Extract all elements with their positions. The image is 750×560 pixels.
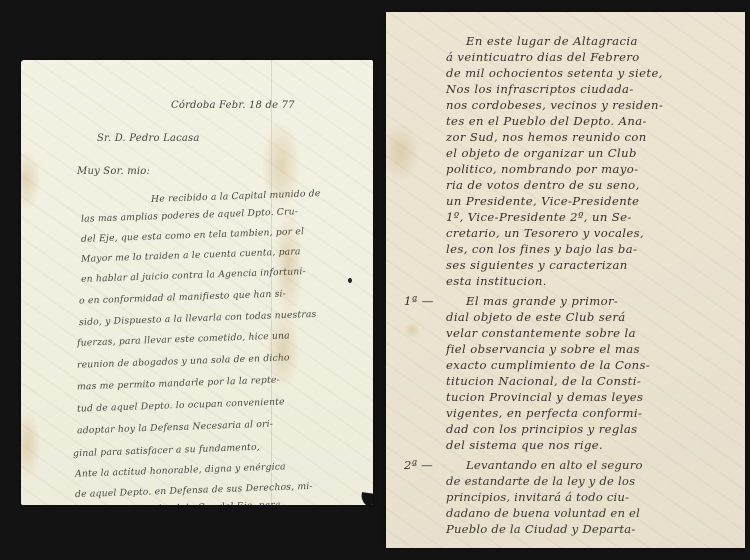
letter-line: adoptar hoy la Defensa Necesaria al ori- — [77, 419, 273, 437]
manuscript-line: de mil ochocientos setenta y siete, — [446, 66, 663, 80]
manuscript-line: les, con los fines y bajo las ba- — [446, 242, 637, 256]
foxing-spot — [21, 150, 41, 210]
manuscript-line: esta institucion. — [446, 274, 547, 288]
letter-line: de aquel Depto. en Defensa de sus Derech… — [75, 481, 313, 500]
letter-line: formando le acción al de Cru del Eje, pa… — [75, 499, 281, 505]
manuscript-line: politico, nombrando por mayo- — [446, 162, 638, 176]
manuscript-line: tes en el Pueblo del Depto. Ana- — [446, 114, 647, 128]
foxing-spot — [386, 122, 420, 182]
torn-corner — [360, 492, 373, 505]
foxing-spot — [21, 410, 41, 480]
letter-line: en hablar al juicio contra la Agencia in… — [81, 266, 306, 285]
letter-line: Ante la actitud honorable, digna y enérg… — [75, 461, 286, 479]
article-line: fiel observancia y sobre el mas — [446, 342, 640, 356]
manuscript-line: Nos los infrascriptos ciudada- — [446, 82, 634, 96]
manuscript-line: ria de votos dentro de su seno, — [446, 178, 640, 192]
foxing-spot — [404, 322, 420, 338]
article-line: velar constantemente sobre la — [446, 326, 636, 340]
article-line: exacto cumplimiento de la Cons- — [446, 358, 650, 372]
letter-line: fuerzas, para llevar este cometido, hice… — [77, 330, 290, 348]
manuscript-line: zor Sud, nos hemos reunido con — [446, 130, 647, 144]
article-line: dial objeto de este Club será — [446, 310, 626, 324]
fold-crease — [271, 60, 272, 505]
article-line: dad con los principios y reglas — [446, 422, 638, 436]
article-number: 1ª — — [404, 294, 434, 308]
paper-texture — [21, 60, 373, 505]
letter-line: las mas amplias poderes de aquel Dpto. C… — [81, 206, 298, 225]
ink-blot — [348, 278, 352, 283]
letter-date: Córdoba Febr. 18 de 77 — [171, 100, 295, 111]
letter-greeting: Muy Sor. mio: — [77, 166, 150, 177]
article-line: El mas grande y primor- — [466, 294, 618, 308]
letter-addressee: Sr. D. Pedro Lacasa — [97, 133, 200, 144]
manuscript-line: ses siguientes y caracterizan — [446, 258, 628, 272]
article-line: tucion Provincial y demas leyes — [446, 390, 643, 404]
right-manuscript-page: En este lugar de Altagracia á veinticuat… — [386, 12, 745, 548]
letter-line: ginal para satisfacer a su fundamento, — [73, 442, 260, 460]
letter-line: o en conformidad al manifiesto que han s… — [79, 288, 286, 306]
letter-line: tud de aquel Depto. lo ocupan convenient… — [77, 396, 285, 414]
manuscript-line: cretario, un Tesorero y vocales, — [446, 226, 644, 240]
article-line: vigentes, en perfecta conformi- — [446, 406, 642, 420]
manuscript-line: nos cordobeses, vecinos y residen- — [446, 98, 663, 112]
manuscript-line: el objeto de organizar un Club — [446, 146, 637, 160]
article-line: titucion Nacional, de la Consti- — [446, 374, 641, 388]
letter-line: mas me permito mandarle por la la repte- — [77, 374, 280, 392]
letter-line: Mayor me lo traiden a le cuenta cuenta, … — [81, 246, 301, 265]
manuscript-line: 1º, Vice-Presidente 2º, un Se- — [446, 210, 632, 224]
article-line: del sistema que nos rige. — [446, 438, 603, 452]
manuscript-line: á veinticuatro dias del Febrero — [446, 50, 640, 64]
letter-line: reunion de abogados y una sola de en dic… — [77, 352, 290, 370]
manuscript-line: un Presidente, Vice-Presidente — [446, 194, 639, 208]
letter-line: He recibido a la Capital munido de — [151, 188, 321, 205]
manuscript-line: En este lugar de Altagracia — [466, 34, 638, 48]
left-manuscript-page: Córdoba Febr. 18 de 77 Sr. D. Pedro Laca… — [21, 60, 373, 505]
